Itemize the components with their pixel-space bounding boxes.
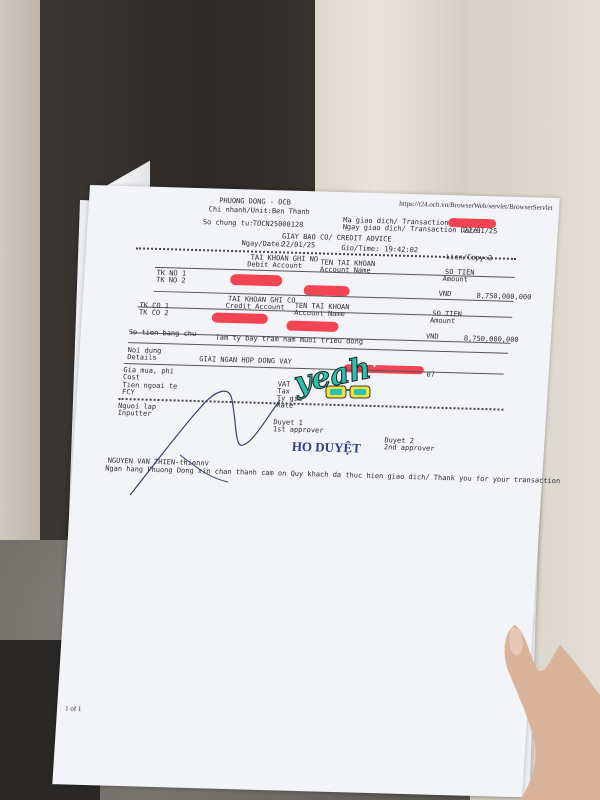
redaction-credit-name — [286, 321, 339, 332]
svg-text:✦: ✦ — [298, 353, 302, 360]
approval-stamp: HO DUYỆT — [291, 439, 361, 457]
transaction-date: 22/01/25 — [463, 226, 497, 235]
page-number: 1 of 1 — [65, 705, 82, 713]
date-label: Ngay/Date: — [241, 239, 284, 248]
redaction-debit-account — [230, 274, 283, 286]
time-label: Gio/Time: — [341, 244, 379, 253]
redaction-credit-account — [212, 312, 269, 324]
approver-2-en: 2nd approver — [384, 443, 435, 452]
amount-words: Tam ty bay tram nam muoi trieu dong — [215, 334, 363, 346]
debit-currency: VND — [438, 290, 451, 298]
fcy-label-en: FCY — [122, 388, 135, 396]
svg-text:✦: ✦ — [372, 361, 377, 370]
time: 19:42:02 — [384, 245, 418, 254]
branch: Chi nhanh/Unit:Ben Thanh — [208, 205, 310, 216]
print-url: https://t24.ocb.vn/BrowserWeb/servlet/Br… — [399, 200, 553, 212]
hand-holding-paper — [420, 615, 600, 800]
thank-you-message: Ngan hang Phuong Dong xin chan thanh cam… — [105, 465, 560, 486]
wall-left — [0, 0, 40, 560]
amount-words-label: So tien bang chu — [129, 328, 197, 338]
voucher-no: TOCN25000128 — [253, 220, 304, 229]
debit-row-2: TK NO 2 — [156, 276, 186, 285]
inputter-label-en: Inputter — [117, 409, 151, 418]
yeah-sticker-icon: yeah ✦ ✦ — [290, 348, 380, 408]
credit-row-2: TK CO 2 — [139, 308, 169, 317]
credit-col-amount-en: Amount — [430, 317, 456, 326]
details-value: GIAI NGAN HOP DONG VAY — [199, 355, 292, 366]
details-label-en: Details — [127, 353, 157, 362]
approver-1-en: 1st approver — [273, 425, 324, 434]
debit-col-account-en: Debit Account — [247, 260, 302, 270]
date: 22/01/25 — [281, 240, 315, 249]
voucher-label: So chung tu: — [203, 218, 254, 227]
